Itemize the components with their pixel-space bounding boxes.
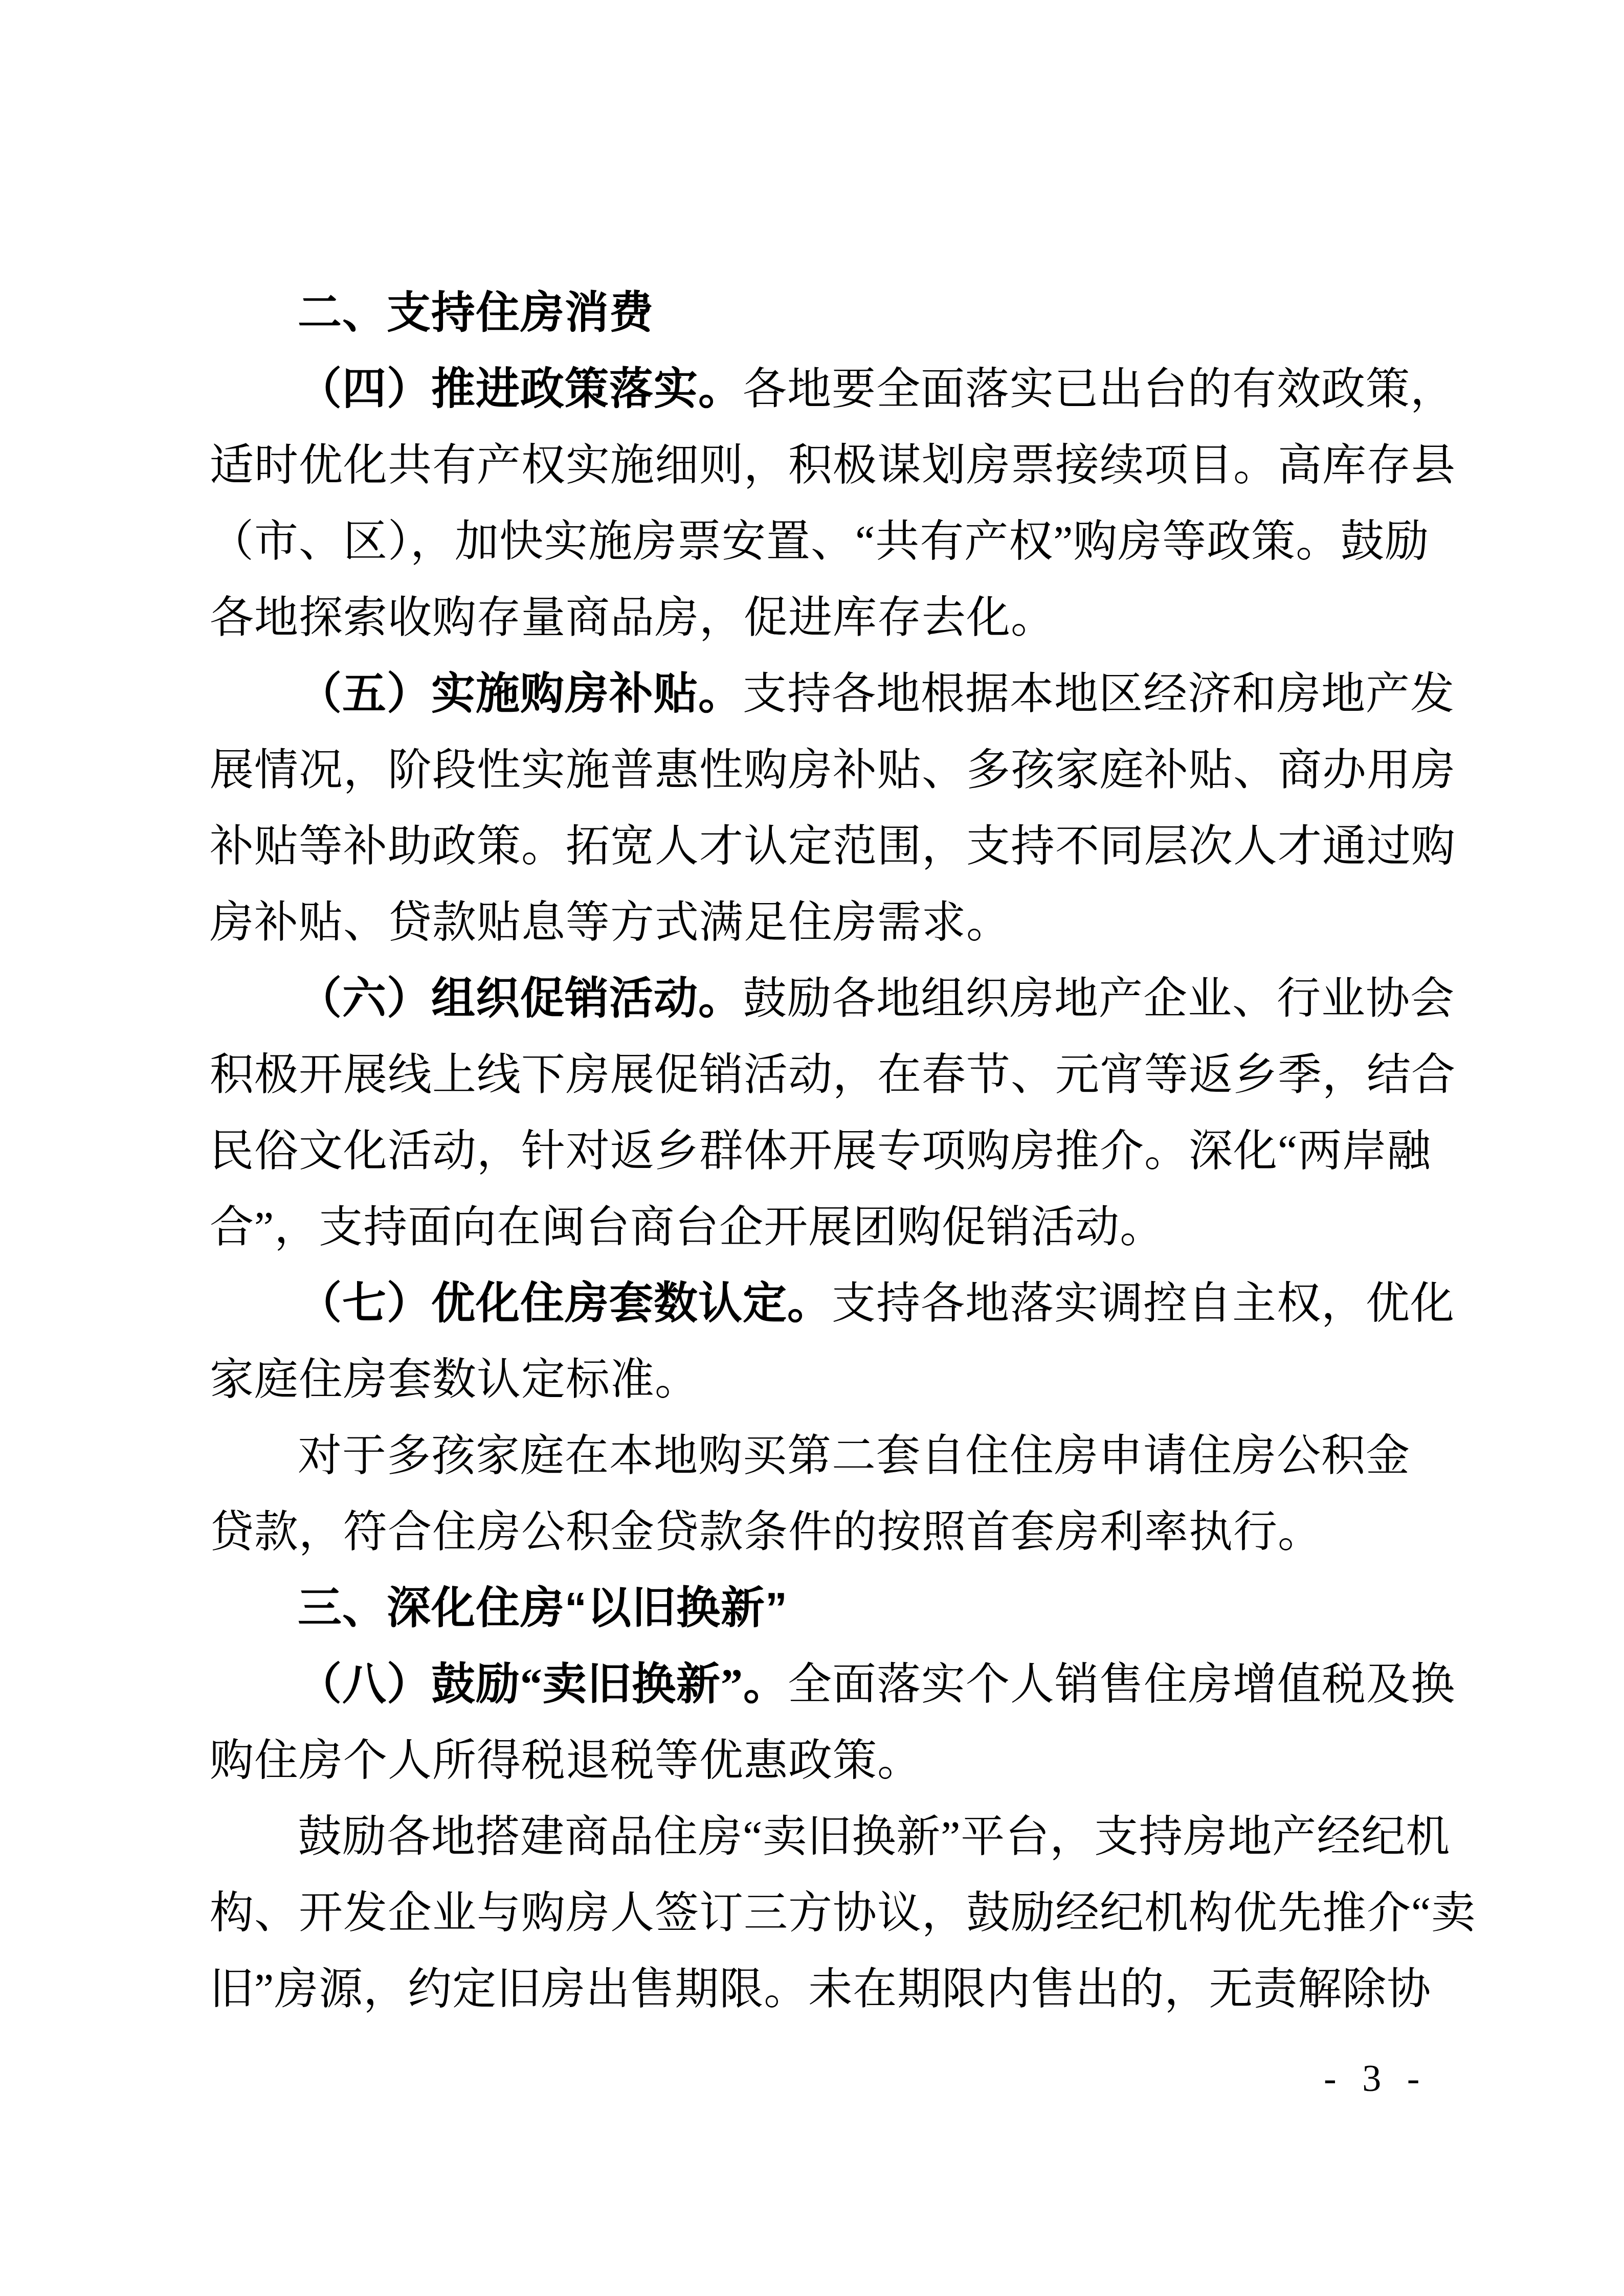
paragraph-line: （四）推进政策落实。各地要全面落实已出台的有效政策， (210, 351, 1453, 427)
paragraph-line: 贷款，符合住房公积金贷款条件的按照首套房利率执行。 (210, 1494, 1453, 1570)
line-text: 各地要全面落实已出台的有效政策， (743, 365, 1455, 414)
paragraph-line: 合”，支持面向在闽台商台企开展团购促销活动。 (210, 1189, 1453, 1266)
paragraph-line: 房补贴、贷款贴息等方式满足住房需求。 (210, 885, 1453, 961)
paragraph-line: （七）优化住房套数认定。支持各地落实调控自主权，优化 (210, 1266, 1453, 1342)
document-page: 二、支持住房消费 （四）推进政策落实。各地要全面落实已出台的有效政策， 适时优化… (0, 0, 1624, 2296)
bold-lead: （七）优化住房套数认定。 (298, 1279, 832, 1328)
heading-text: 三、深化住房“以旧换新” (298, 1584, 788, 1633)
paragraph-line: 对于多孩家庭在本地购买第二套自住住房申请住房公积金 (210, 1418, 1453, 1494)
bold-lead: （八）鼓励“卖旧换新”。 (298, 1660, 788, 1709)
line-text: 家庭住房套数认定标准。 (210, 1355, 699, 1404)
line-text: 合”，支持面向在闽台商台企开展团购促销活动。 (210, 1203, 1164, 1252)
paragraph-line: （五）实施购房补贴。支持各地根据本地区经济和房地产发 (210, 656, 1453, 732)
bold-lead: （五）实施购房补贴。 (298, 669, 743, 718)
document-body: 二、支持住房消费 （四）推进政策落实。各地要全面落实已出台的有效政策， 适时优化… (210, 275, 1453, 2028)
bold-lead: （四）推进政策落实。 (298, 365, 743, 414)
section-heading: 三、深化住房“以旧换新” (210, 1570, 1453, 1647)
line-text: 购住房个人所得税退税等优惠政策。 (210, 1736, 922, 1785)
line-text: 支持各地根据本地区经济和房地产发 (743, 669, 1455, 718)
paragraph-line: 补贴等补助政策。拓宽人才认定范围，支持不同层次人才通过购 (210, 808, 1453, 885)
paragraph-line: 民俗文化活动，针对返乡群体开展专项购房推介。深化“两岸融 (210, 1113, 1453, 1189)
paragraph-line: 鼓励各地搭建商品住房“卖旧换新”平台，支持房地产经纪机 (210, 1799, 1453, 1875)
paragraph-line: 积极开展线上线下房展促销活动，在春节、元宵等返乡季，结合 (210, 1037, 1453, 1113)
paragraph-line: （六）组织促销活动。鼓励各地组织房地产企业、行业协会 (210, 961, 1453, 1037)
paragraph-line: （八）鼓励“卖旧换新”。全面落实个人销售住房增值税及换 (210, 1647, 1453, 1723)
line-text: 民俗文化活动，针对返乡群体开展专项购房推介。深化“两岸融 (210, 1127, 1431, 1176)
line-text: 贷款，符合住房公积金贷款条件的按照首套房利率执行。 (210, 1507, 1322, 1557)
bold-lead: （六）组织促销活动。 (298, 974, 743, 1023)
line-text: 展情况，阶段性实施普惠性购房补贴、多孩家庭补贴、商办用房 (210, 746, 1456, 795)
paragraph-line: 展情况，阶段性实施普惠性购房补贴、多孩家庭补贴、商办用房 (210, 732, 1453, 808)
line-text: 房补贴、贷款贴息等方式满足住房需求。 (210, 898, 1011, 947)
line-text: 全面落实个人销售住房增值税及换 (788, 1660, 1455, 1709)
paragraph-line: 购住房个人所得税退税等优惠政策。 (210, 1723, 1453, 1799)
line-text: 适时优化共有产权实施细则，积极谋划房票接续项目。高库存县 (210, 441, 1456, 490)
paragraph-line: 适时优化共有产权实施细则，积极谋划房票接续项目。高库存县 (210, 427, 1453, 504)
line-text: 各地探索收购存量商品房，促进库存去化。 (210, 593, 1055, 642)
line-text: （市、区），加快实施房票安置、“共有产权”购房等政策。鼓励 (210, 517, 1429, 566)
paragraph-line: （市、区），加快实施房票安置、“共有产权”购房等政策。鼓励 (210, 504, 1453, 580)
line-text: 旧”房源，约定旧房出售期限。未在期限内售出的，无责解除协 (210, 1965, 1431, 2014)
line-text: 补贴等补助政策。拓宽人才认定范围，支持不同层次人才通过购 (210, 822, 1456, 871)
line-text: 支持各地落实调控自主权，优化 (832, 1279, 1455, 1328)
paragraph-line: 家庭住房套数认定标准。 (210, 1342, 1453, 1418)
line-text: 对于多孩家庭在本地购买第二套自住住房申请住房公积金 (298, 1431, 1410, 1480)
line-text: 鼓励各地搭建商品住房“卖旧换新”平台，支持房地产经纪机 (298, 1812, 1450, 1861)
paragraph-line: 构、开发企业与购房人签订三方协议，鼓励经纪机构优先推介“卖 (210, 1875, 1453, 1951)
section-heading: 二、支持住房消费 (210, 275, 1453, 351)
line-text: 鼓励各地组织房地产企业、行业协会 (743, 974, 1455, 1023)
paragraph-line: 各地探索收购存量商品房，促进库存去化。 (210, 580, 1453, 656)
heading-text: 二、支持住房消费 (298, 288, 654, 337)
page-number: - 3 - (1324, 2057, 1428, 2101)
line-text: 积极开展线上线下房展促销活动，在春节、元宵等返乡季，结合 (210, 1050, 1456, 1099)
line-text: 构、开发企业与购房人签订三方协议，鼓励经纪机构优先推介“卖 (210, 1888, 1476, 1938)
paragraph-line: 旧”房源，约定旧房出售期限。未在期限内售出的，无责解除协 (210, 1951, 1453, 2028)
